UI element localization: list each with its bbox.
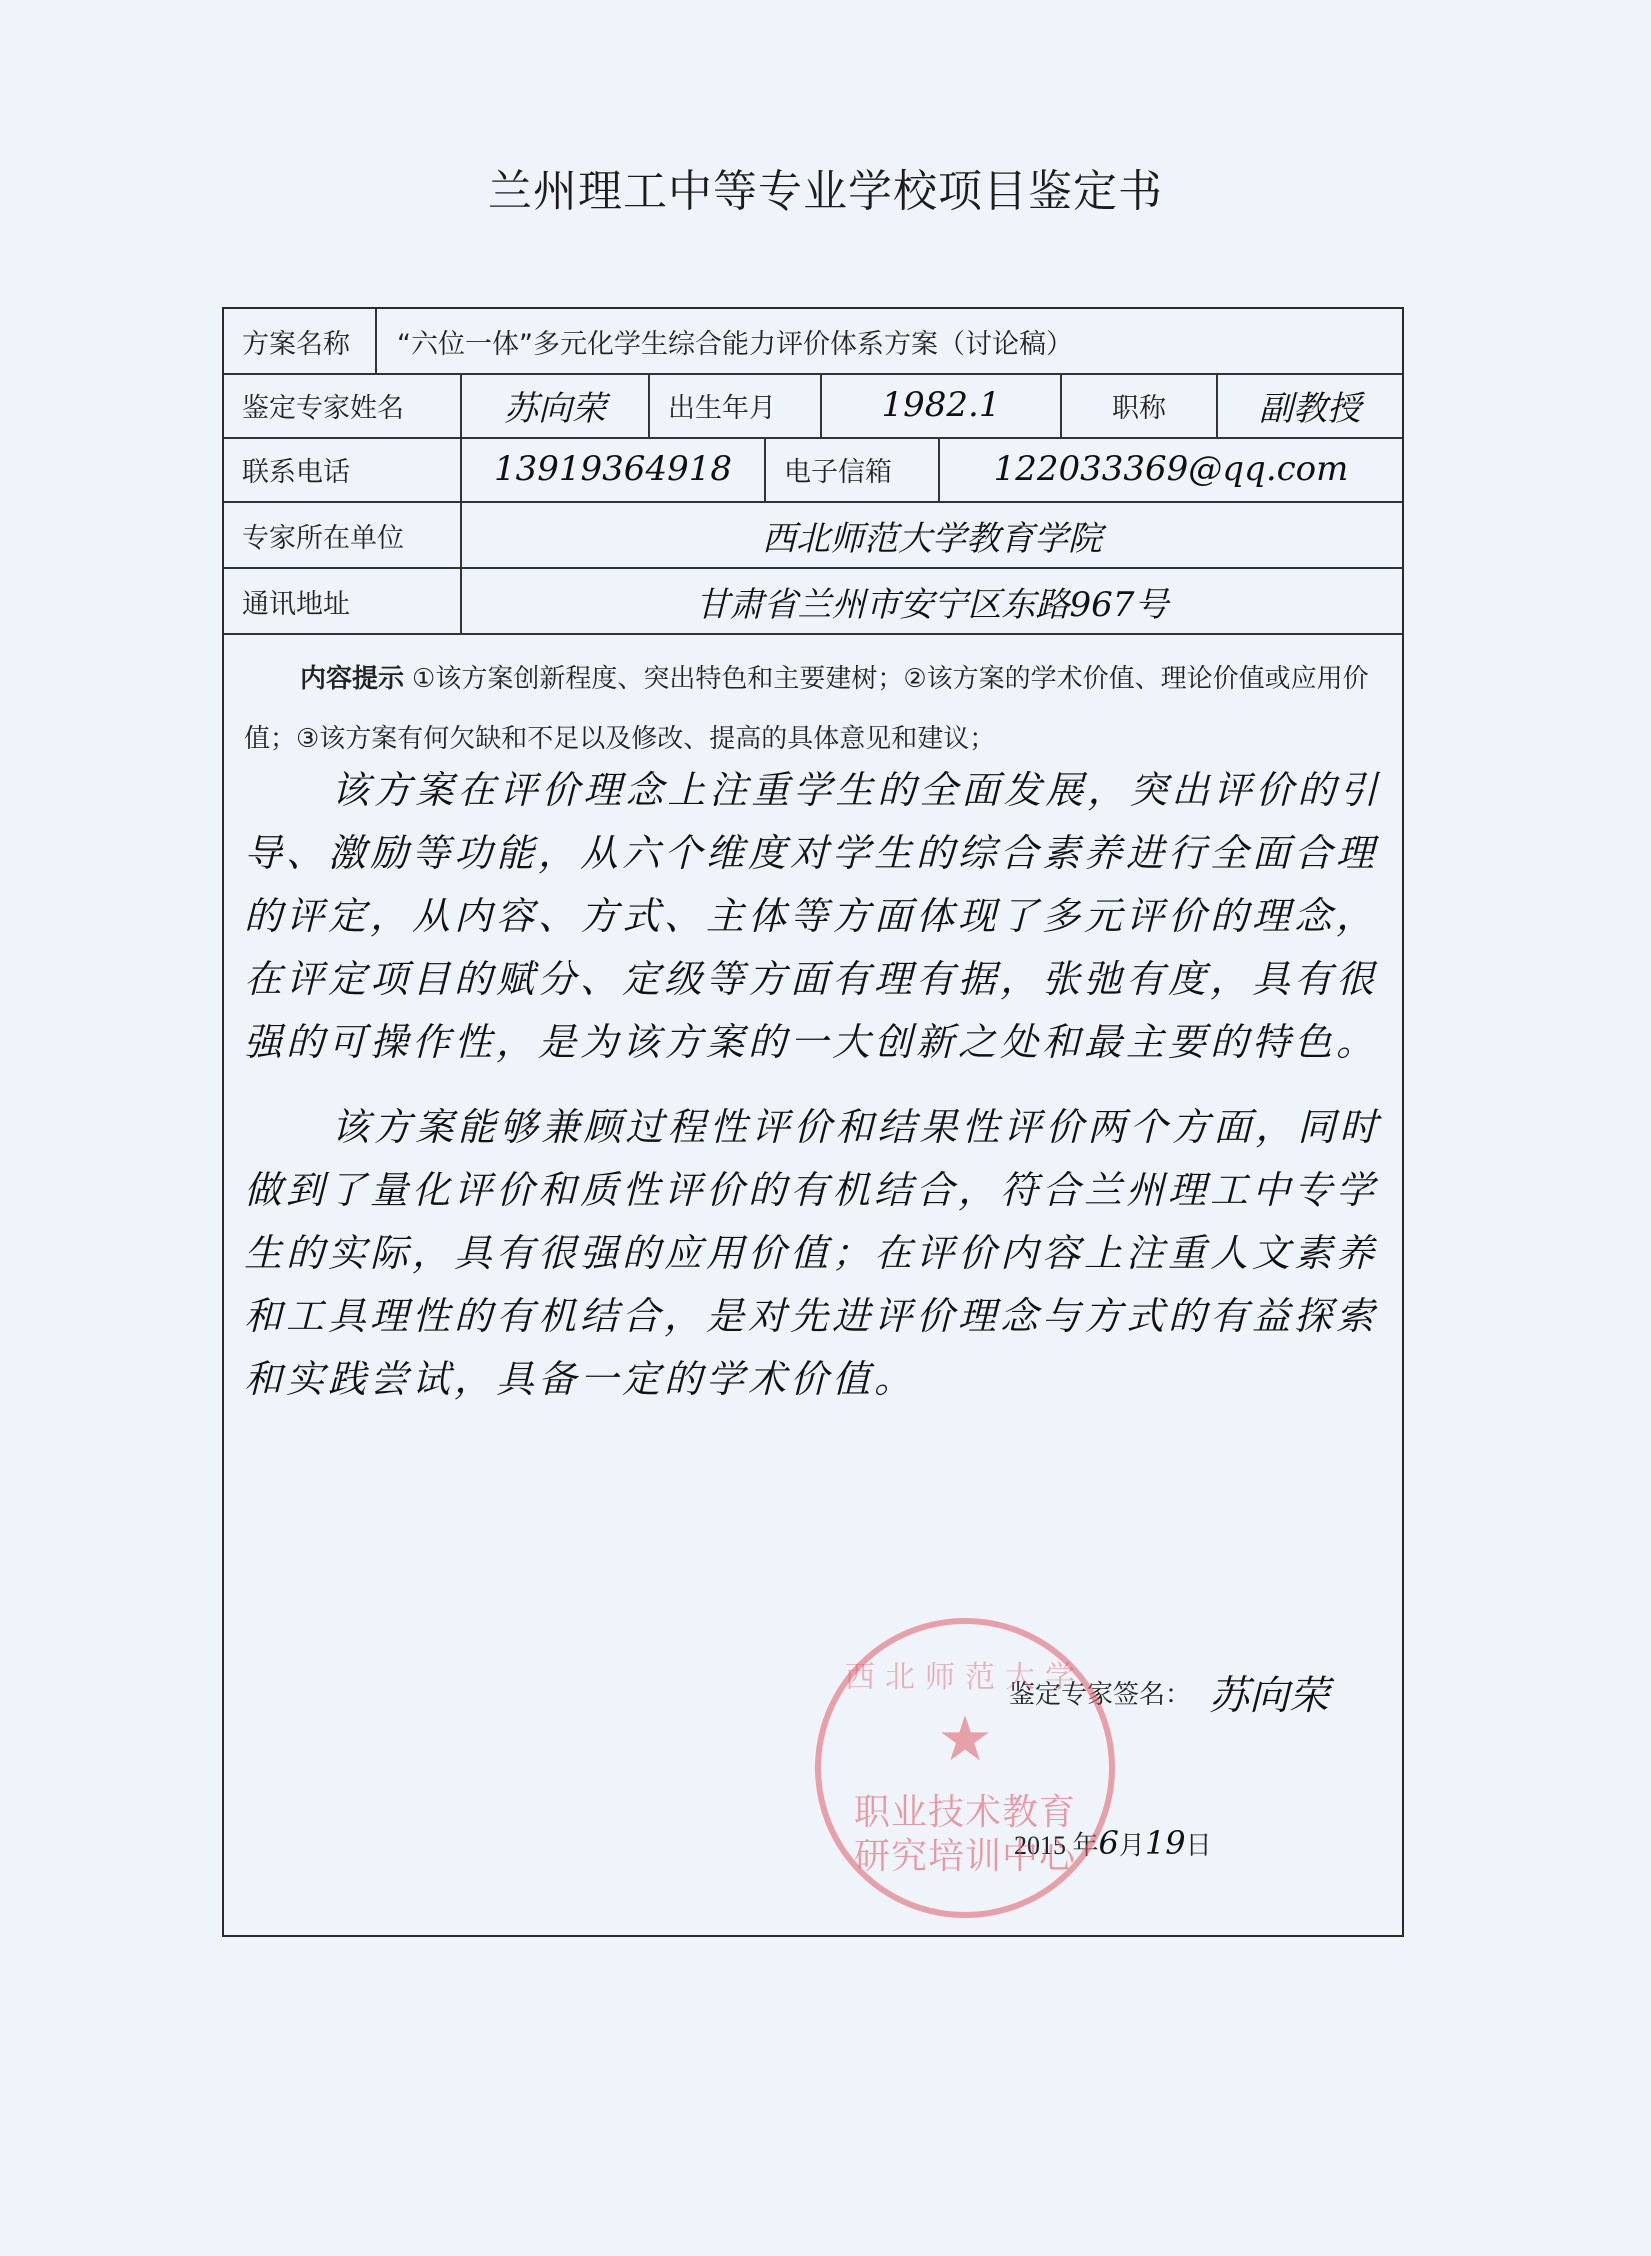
row-contact: 联系电话 13919364918 电子信箱 122033369@qq.com [224,437,1402,503]
birth-label: 出生年月 [650,373,822,437]
date-block: 2015 年6月19日 [1014,1824,1212,1862]
date-day: 19 [1145,1824,1186,1862]
content-prompt-lead: 内容提示 [300,664,404,694]
phone-value: 13919364918 [462,437,766,501]
date-month-unit: 月 [1119,1831,1145,1860]
date-year: 2015 [1014,1831,1066,1860]
date-day-unit: 日 [1186,1831,1212,1860]
job-title-value: 副教授 [1218,373,1402,437]
signature-name: 苏向荣 [1209,1664,1329,1721]
job-title-label: 职称 [1062,373,1218,437]
content-prompt-text: ①该方案创新程度、突出特色和主要建树；②该方案的学术价值、理论价值或应用价值；③… [244,664,1369,754]
review-paragraph: 该方案能够兼顾过程性评价和结果性评价两个方面，同时做到了量化评价和质性评价的有机… [244,1096,1382,1411]
phone-label: 联系电话 [224,437,462,501]
expert-name-value: 苏向荣 [462,373,650,437]
signature-block: 鉴定专家签名： 苏向荣 [1009,1664,1329,1721]
email-value: 122033369@qq.com [940,437,1402,501]
email-label: 电子信箱 [766,437,940,501]
address-value: 甘肃省兰州市安宁区东路967号 [462,569,1402,633]
scheme-name-value: “六位一体”多元化学生综合能力评价体系方案（讨论稿） [377,309,1402,373]
row-scheme-name: 方案名称 “六位一体”多元化学生综合能力评价体系方案（讨论稿） [224,309,1402,375]
review-text: 该方案在评价理念上注重学生的全面发展，突出评价的引导、激励等功能，从六个维度对学… [244,759,1382,1433]
date-year-unit: 年 [1073,1831,1099,1860]
scheme-name-label: 方案名称 [224,309,377,373]
date-month: 6 [1099,1824,1119,1862]
signature-label: 鉴定专家签名： [1009,1674,1191,1711]
organization-label: 专家所在单位 [224,503,462,567]
row-address: 通讯地址 甘肃省兰州市安宁区东路967号 [224,569,1402,635]
expert-name-label: 鉴定专家姓名 [224,373,462,437]
review-paragraph: 该方案在评价理念上注重学生的全面发展，突出评价的引导、激励等功能，从六个维度对学… [244,759,1382,1074]
birth-value: 1982.1 [822,373,1062,437]
address-label: 通讯地址 [224,569,462,633]
row-organization: 专家所在单位 西北师范大学教育学院 [224,503,1402,569]
appraisal-form: 方案名称 “六位一体”多元化学生综合能力评价体系方案（讨论稿） 鉴定专家姓名 苏… [222,307,1404,1937]
document-title: 兰州理工中等专业学校项目鉴定书 [0,155,1651,219]
organization-value: 西北师范大学教育学院 [462,503,1402,567]
row-expert-info: 鉴定专家姓名 苏向荣 出生年月 1982.1 职称 副教授 [224,373,1402,439]
content-prompt: 内容提示①该方案创新程度、突出特色和主要建树；②该方案的学术价值、理论价值或应用… [244,649,1384,769]
